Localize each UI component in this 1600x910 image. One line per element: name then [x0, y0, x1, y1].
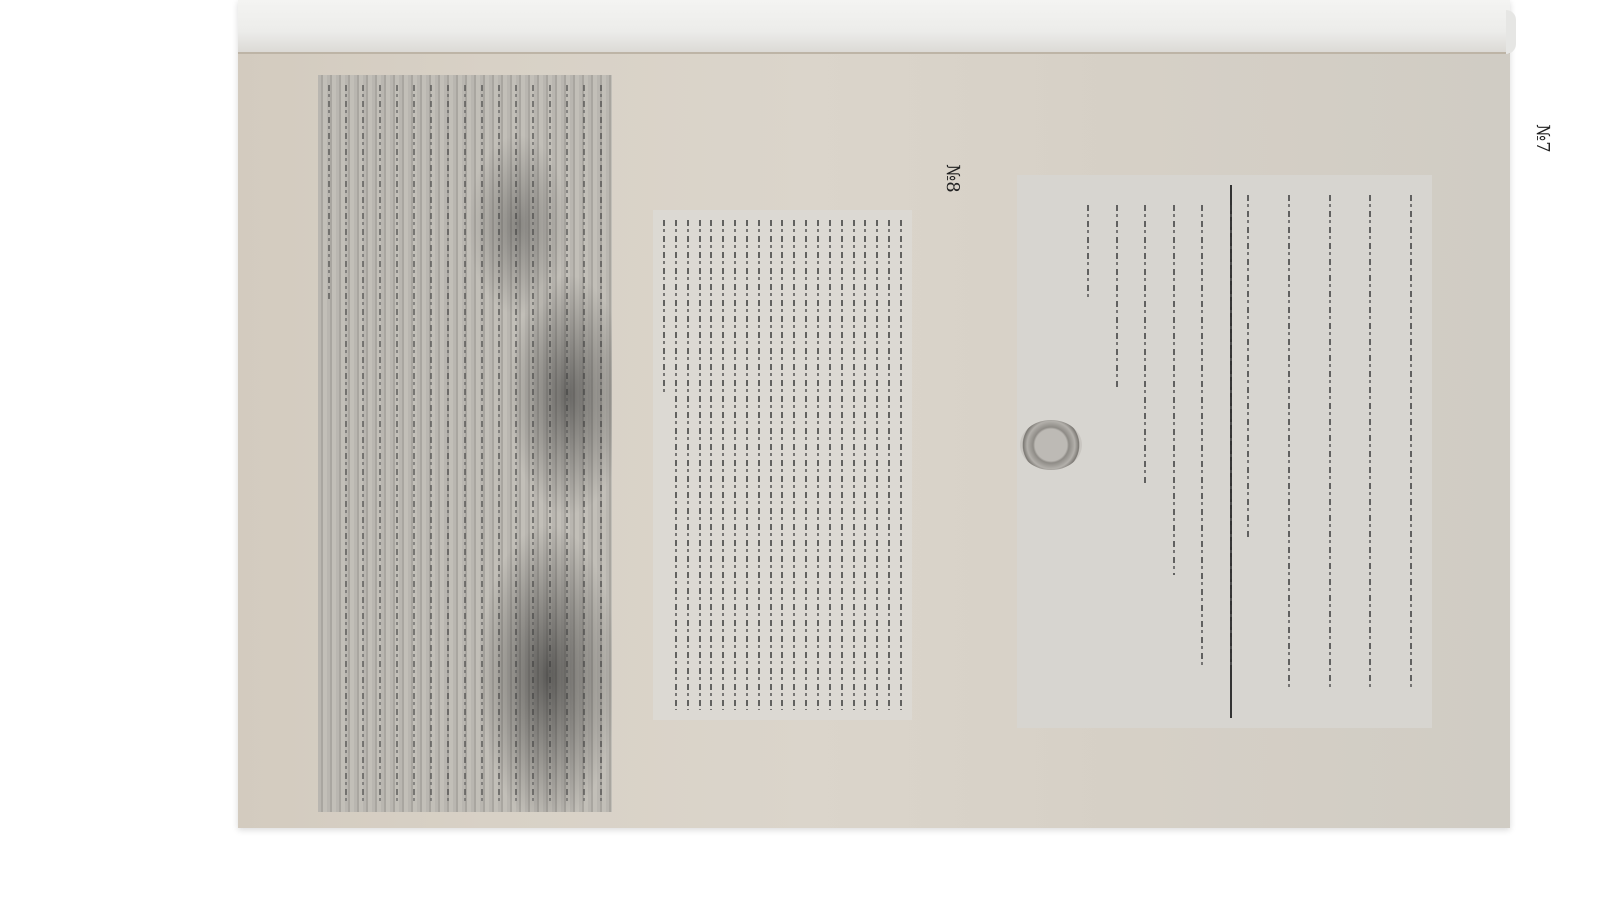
plate-9-facsimile [318, 75, 612, 812]
plate-8-facsimile [653, 210, 912, 720]
wax-seal-icon [1020, 420, 1082, 470]
plate-7-facsimile [1017, 175, 1432, 728]
plate-7-script-lines-lower [1087, 205, 1232, 668]
plate-9-script-lines [328, 85, 602, 802]
plate-7-script-lines-upper [1247, 195, 1412, 688]
plate-8-label: №8 [942, 164, 963, 193]
plate-7-label: №7 [1532, 124, 1553, 153]
book-page: №9 №8 №7 [238, 0, 1510, 828]
plate-8-script-lines [663, 220, 902, 710]
page-curl [238, 0, 1510, 54]
